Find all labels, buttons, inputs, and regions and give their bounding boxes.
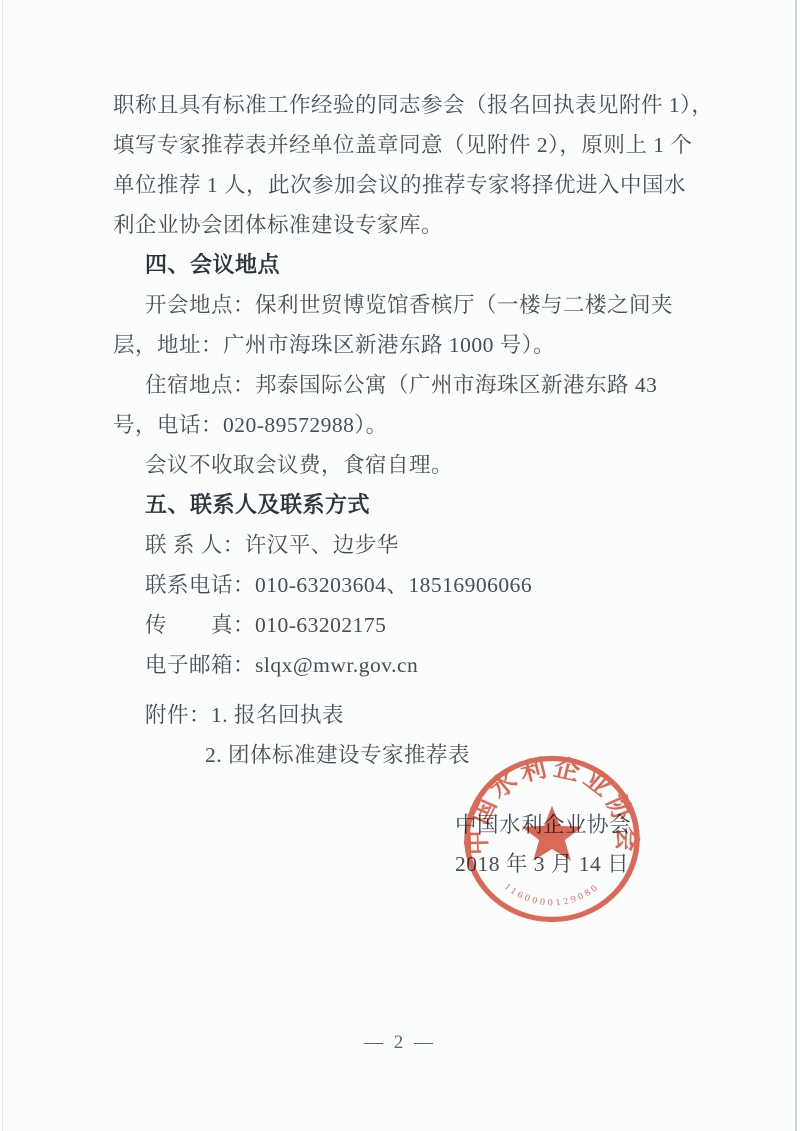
doc-line: 开会地点：保利世贸博览馆香槟厅（一楼与二楼之间夹: [113, 285, 705, 325]
attachment-line-1: 附件：1. 报名回执表: [113, 695, 705, 735]
doc-line: 利企业协会团体标准建设专家库。: [113, 205, 705, 245]
doc-line: 会议不收取会议费，食宿自理。: [113, 445, 705, 485]
seal-graphic: 中国水利企业协会 1160000129080: [457, 749, 647, 929]
doc-line: 单位推荐 1 人，此次参加会议的推荐专家将择优进入中国水: [113, 165, 705, 205]
doc-line: 住宿地点：邦泰国际公寓（广州市海珠区新港东路 43: [113, 365, 705, 405]
page-right-edge: [795, 0, 797, 1131]
official-seal-stamp: 中国水利企业协会 1160000129080: [457, 749, 647, 929]
contact-email-line: 电子邮箱：slqx@mwr.gov.cn: [113, 645, 705, 685]
seal-star-icon: [522, 806, 583, 861]
attachment-item-1: 1. 报名回执表: [211, 703, 344, 727]
page-number: — 2 —: [0, 1032, 800, 1054]
contact-fax-line: 传 真：010-63202175: [113, 605, 705, 645]
section-4-heading: 四、会议地点: [113, 245, 705, 285]
seal-serial-number: 1160000129080: [502, 881, 603, 908]
doc-line: 填写专家推荐表并经单位盖章同意（见附件 2），原则上 1 个: [113, 125, 705, 165]
section-5-heading: 五、联系人及联系方式: [113, 485, 705, 525]
document-body: 职称且具有标准工作经验的同志参会（报名回执表见附件 1）， 填写专家推荐表并经单…: [113, 85, 705, 775]
page-left-edge: [2, 0, 3, 1131]
doc-line: 层，地址：广州市海珠区新港东路 1000 号）。: [113, 325, 705, 365]
contact-phone-line: 联系电话：010-63203604、18516906066: [113, 565, 705, 605]
doc-line: 号，电话：020-89572988）。: [113, 405, 705, 445]
doc-line: 职称且具有标准工作经验的同志参会（报名回执表见附件 1），: [113, 85, 705, 125]
attachments-label: 附件：: [145, 703, 211, 727]
contact-person-line: 联 系 人：许汉平、边步华: [113, 525, 705, 565]
